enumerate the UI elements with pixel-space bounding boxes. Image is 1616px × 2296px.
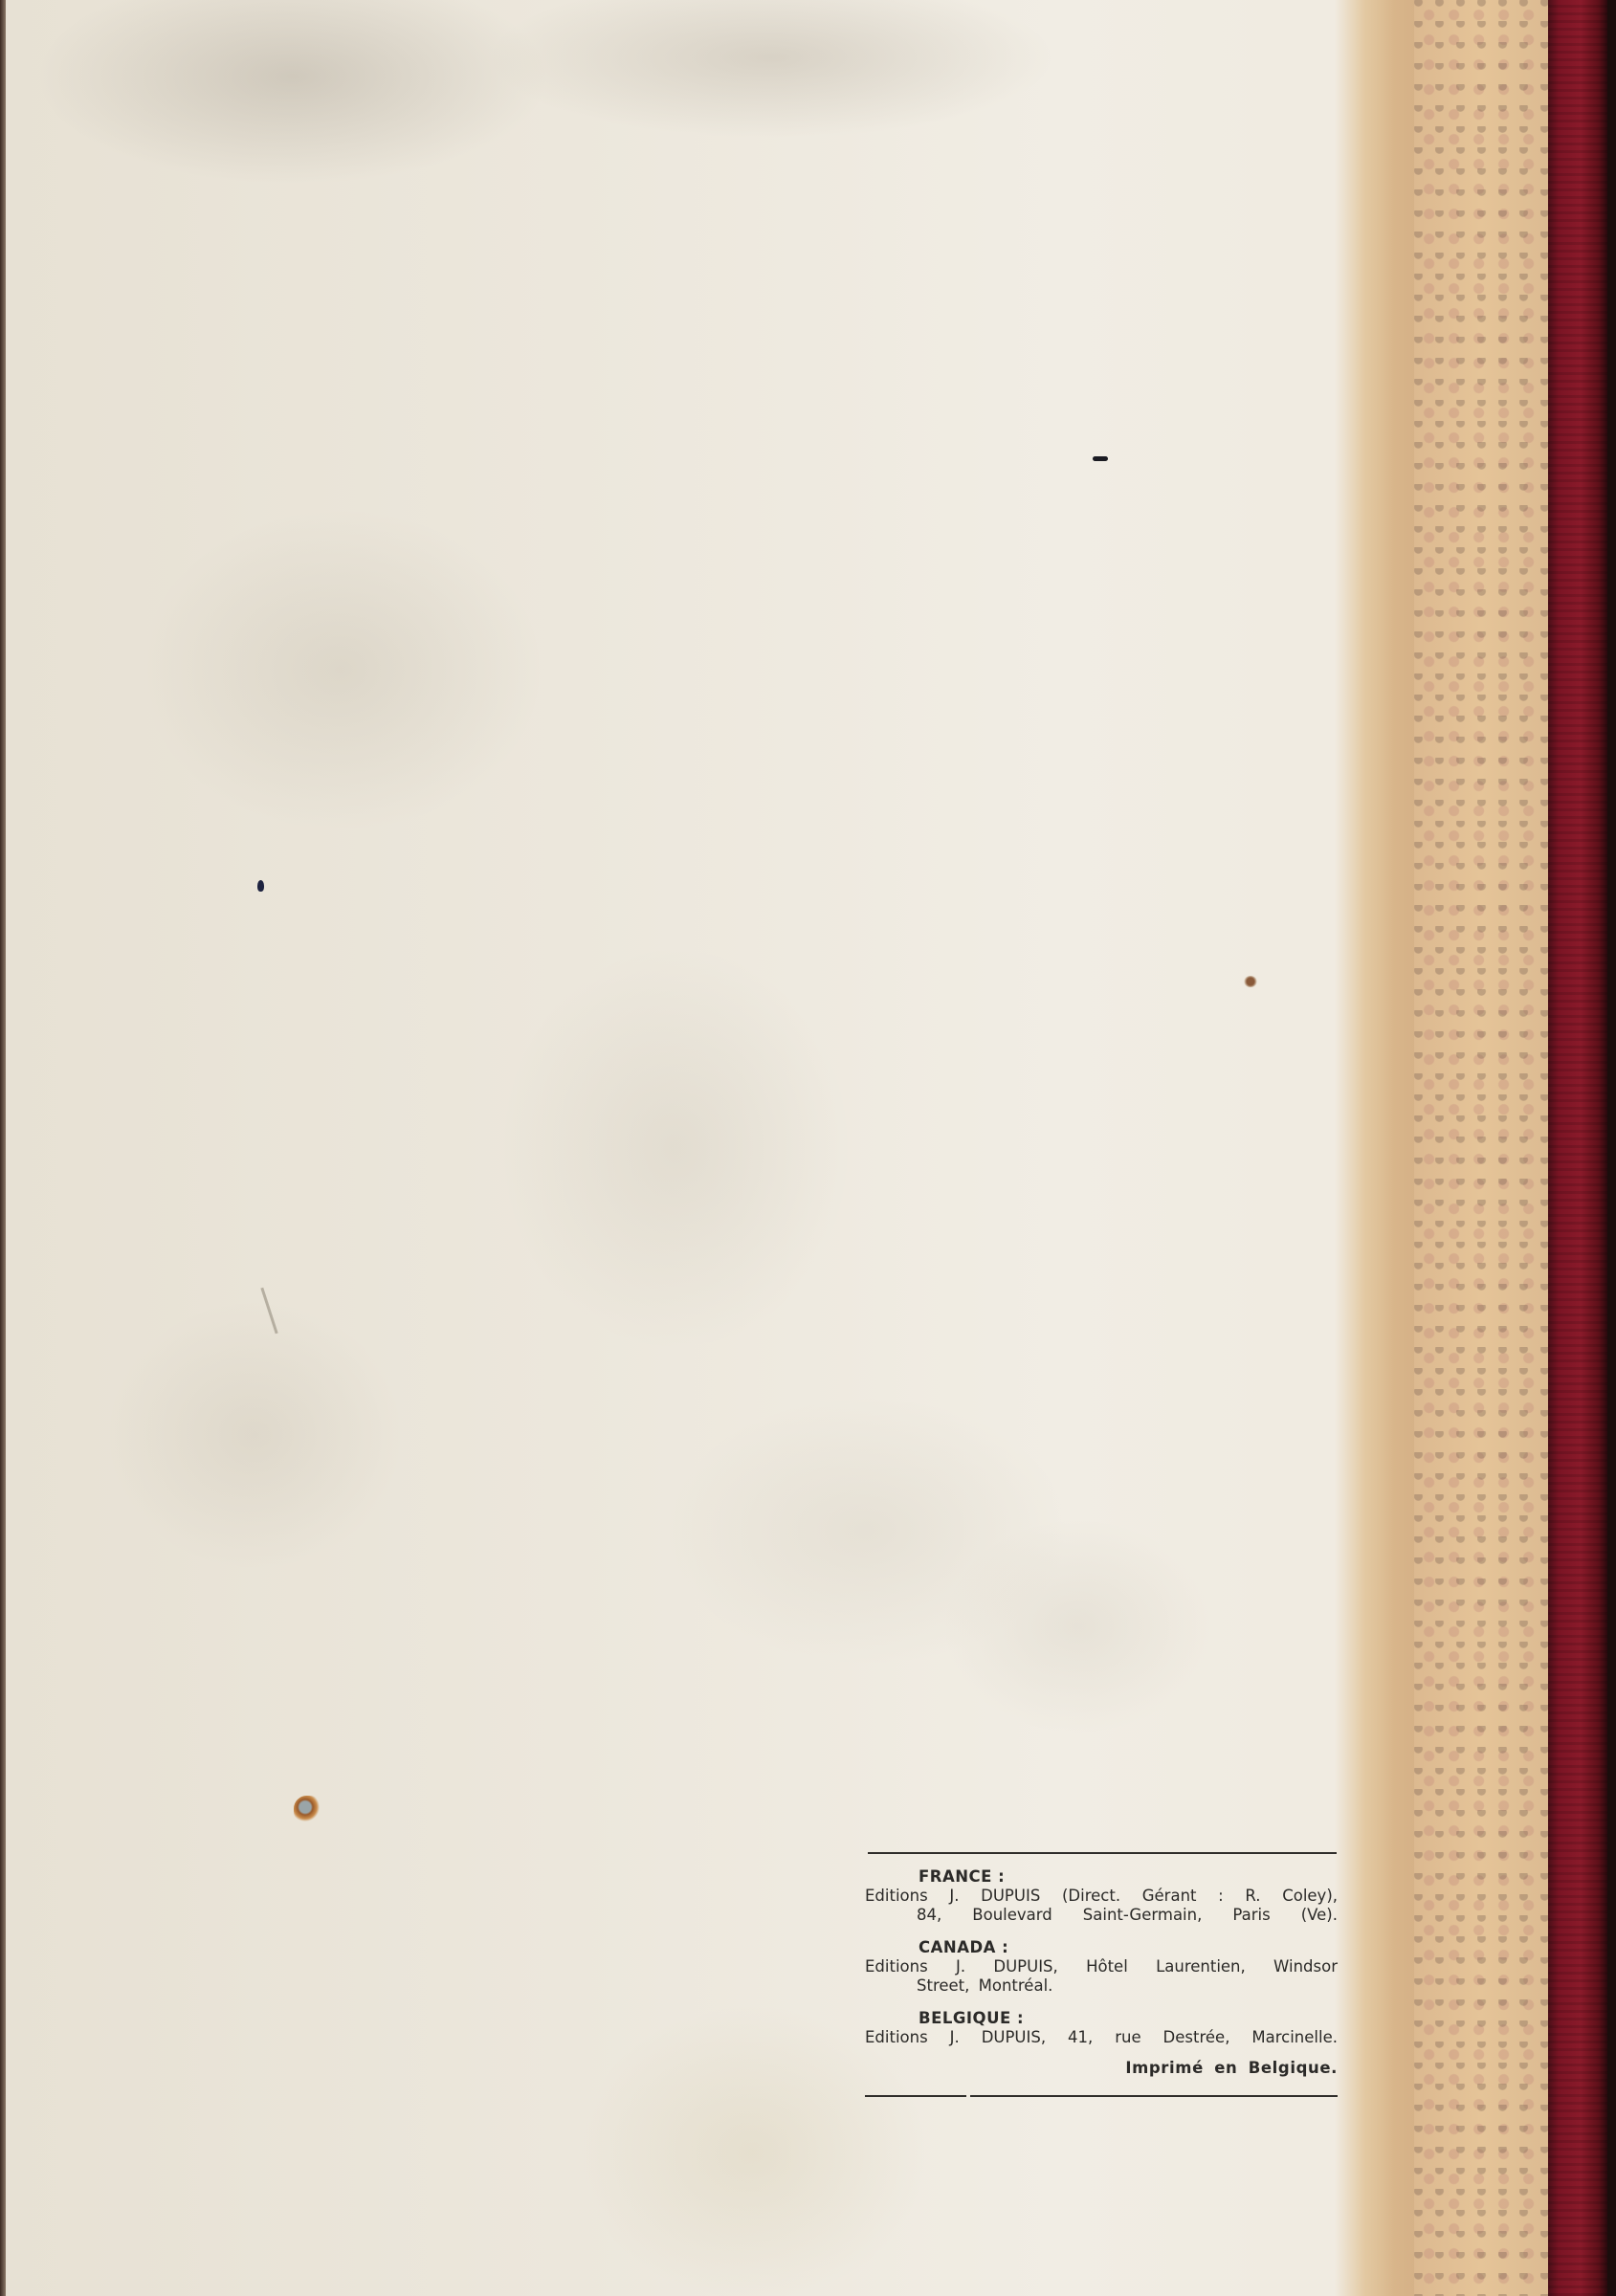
rule-segment bbox=[865, 2095, 966, 2097]
publisher-imprint: FRANCE : Editions J. DUPUIS (Direct. Gér… bbox=[865, 1852, 1338, 2097]
spine-dark-edge bbox=[1607, 0, 1616, 2296]
rule-segment bbox=[970, 2095, 1338, 2097]
rust-spot bbox=[294, 1796, 322, 1824]
imprint-section-canada: CANADA : Editions J. DUPUIS, Hôtel Laure… bbox=[865, 1938, 1338, 1996]
ink-mark bbox=[1093, 456, 1108, 461]
address-line: Editions J. DUPUIS, 41, rue Destrée, Mar… bbox=[865, 2028, 1338, 2047]
printed-in-label: Imprimé en Belgique. bbox=[865, 2059, 1338, 2078]
imprint-section-france: FRANCE : Editions J. DUPUIS (Direct. Gér… bbox=[865, 1867, 1338, 1925]
section-heading: FRANCE : bbox=[919, 1867, 1338, 1887]
spine-marbled-paper bbox=[1414, 0, 1548, 2296]
address-line: Editions J. DUPUIS (Direct. Gérant : R. … bbox=[865, 1887, 1338, 1906]
spine-stain-band bbox=[1335, 0, 1421, 2296]
section-heading: BELGIQUE : bbox=[919, 2009, 1338, 2028]
imprint-top-rule bbox=[868, 1852, 1337, 1854]
rust-spot-small bbox=[1244, 976, 1257, 987]
imprint-bottom-rule bbox=[865, 2095, 1338, 2097]
section-heading: CANADA : bbox=[919, 1938, 1338, 1957]
address-line: Editions J. DUPUIS, Hôtel Laurentien, Wi… bbox=[865, 1957, 1338, 1976]
imprint-section-belgique: BELGIQUE : Editions J. DUPUIS, 41, rue D… bbox=[865, 2009, 1338, 2047]
spine-red-cloth bbox=[1548, 0, 1607, 2296]
address-line: Street, Montréal. bbox=[917, 1976, 1338, 1996]
book-back-cover: FRANCE : Editions J. DUPUIS (Direct. Gér… bbox=[0, 0, 1616, 2296]
address-line: 84, Boulevard Saint-Germain, Paris (Ve). bbox=[917, 1906, 1338, 1925]
ink-dot bbox=[257, 880, 264, 892]
